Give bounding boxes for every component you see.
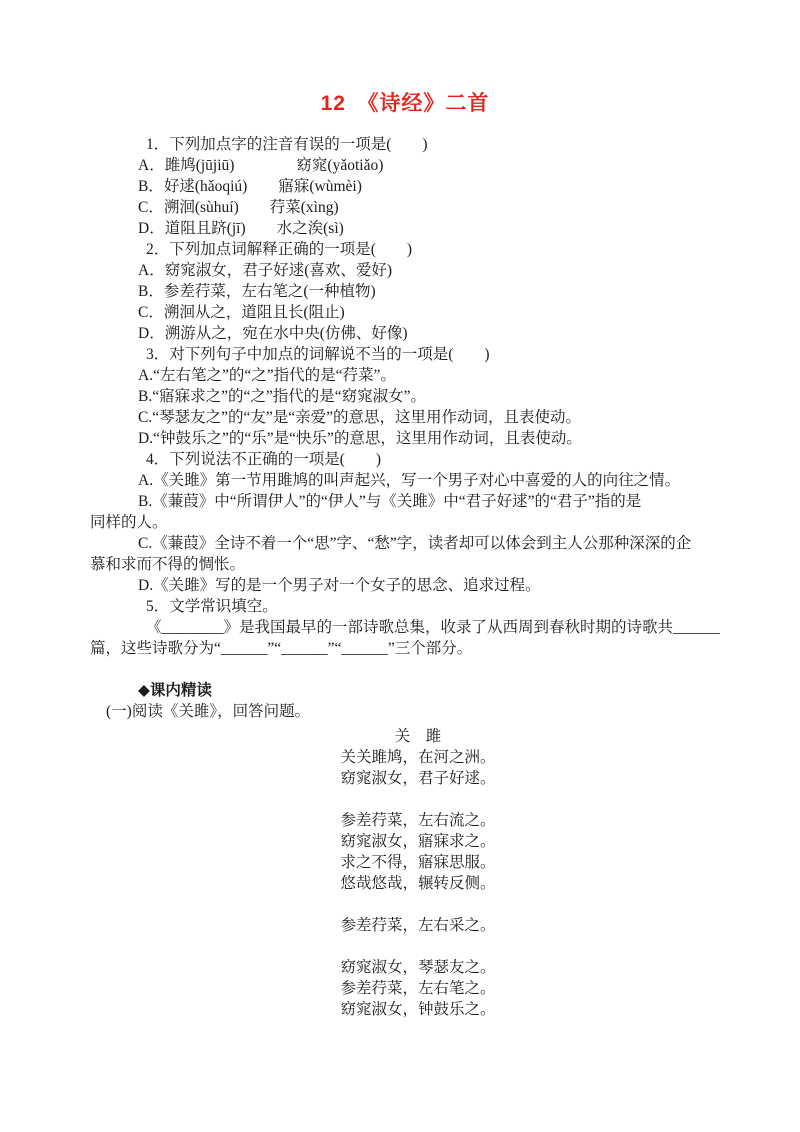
question-4-option-a: A.《关雎》第一节用雎鸠的叫声起兴，写一个男子对心中喜爱的人的向往之情。 <box>90 470 720 491</box>
section-heading: ◆课内精读 <box>90 680 720 701</box>
question-3-option-d: D.“钟鼓乐之”的“乐”是“快乐”的意思，这里用作动词，且表使动。 <box>90 428 720 449</box>
poem-line: 窈窕淑女，寤寐求之。 <box>116 831 720 852</box>
question-4-option-c-line-2: 慕和求而不得的惆怅。 <box>90 554 720 575</box>
reading-intro: (一)阅读《关雎》，回答问题。 <box>90 701 720 722</box>
lesson-title: 12 《诗经》二首 <box>90 92 720 116</box>
question-2-stem: 2．下列加点词解释正确的一项是( ) <box>90 239 720 260</box>
question-3-option-c: C.“琴瑟友之”的“友”是“亲爱”的意思，这里用作动词，且表使动。 <box>90 407 720 428</box>
poem-line: 窈窕淑女，君子好逑。 <box>116 768 720 789</box>
poem-line: 参差荇菜，左右笔之。 <box>116 978 720 999</box>
question-1-option-c: C．溯洄(sùhuí) 荇菜(xìng) <box>90 197 720 218</box>
question-5-stem: 5．文学常识填空。 <box>90 596 720 617</box>
question-4-option-b-line-1: B.《蒹葭》中“所谓伊人”的“伊人”与《关雎》中“君子好逑”的“君子”指的是 <box>90 491 720 512</box>
poem-title: 关 雎 <box>116 726 720 747</box>
poem-stanza-1: 关关雎鸠，在河之洲。 窈窕淑女，君子好逑。 <box>116 747 720 789</box>
poem-line: 悠哉悠哉，辗转反侧。 <box>116 873 720 894</box>
question-2-option-b: B．参差荇菜，左右笔之(一种植物) <box>90 281 720 302</box>
question-2-option-c: C．溯洄从之，道阻且长(阻止) <box>90 302 720 323</box>
poem-stanza-2: 参差荇菜，左右流之。 窈窕淑女，寤寐求之。 求之不得，寤寐思服。 悠哉悠哉，辗转… <box>116 810 720 894</box>
poem-line: 参差荇菜，左右流之。 <box>116 810 720 831</box>
poem-line: 求之不得，寤寐思服。 <box>116 852 720 873</box>
worksheet-page: 12 《诗经》二首 1．下列加点字的注音有误的一项是( ) A．雎鸠(jūjiū… <box>0 0 800 1132</box>
question-3-option-b: B.“寤寐求之”的“之”指代的是“窈窕淑女”。 <box>90 386 720 407</box>
question-5-fill-blank-line-1: 《________》是我国最早的一部诗歌总集，收录了从西周到春秋时期的诗歌共__… <box>90 617 720 638</box>
poem-stanza-3: 参差荇菜，左右采之。 <box>116 915 720 936</box>
poem-line: 关关雎鸠，在河之洲。 <box>116 747 720 768</box>
question-2-option-a: A．窈窕淑女，君子好逑(喜欢、爱好) <box>90 260 720 281</box>
question-4-option-c-line-1: C.《蒹葭》全诗不着一个“思”字、“愁”字，读者却可以体会到主人公那种深深的企 <box>90 533 720 554</box>
question-4-stem: 4．下列说法不正确的一项是( ) <box>90 449 720 470</box>
question-1-option-d: D．道阻且跻(jī) 水之涘(sì) <box>90 218 720 239</box>
question-2-option-d: D．溯游从之，宛在水中央(仿佛、好像) <box>90 323 720 344</box>
diamond-bullet-icon: ◆ <box>138 682 150 699</box>
question-1-option-b: B．好逑(hǎoqiú) 寤寐(wùmèi) <box>90 176 720 197</box>
section-heading-label: 课内精读 <box>150 682 212 699</box>
question-3-stem: 3．对下列句子中加点的词解说不当的一项是( ) <box>90 344 720 365</box>
poem-line: 窈窕淑女，钟鼓乐之。 <box>116 999 720 1020</box>
poem-line: 参差荇菜，左右采之。 <box>116 915 720 936</box>
question-4-option-d: D.《关雎》写的是一个男子对一个女子的思念、追求过程。 <box>90 575 720 596</box>
question-1-stem: 1．下列加点字的注音有误的一项是( ) <box>90 134 720 155</box>
question-4-option-b-line-2: 同样的人。 <box>90 512 720 533</box>
question-3-option-a: A.“左右笔之”的“之”指代的是“荇菜”。 <box>90 365 720 386</box>
question-1-option-a: A．雎鸠(jūjiū) 窈窕(yǎotiǎo) <box>90 155 720 176</box>
poem-guanju: 关 雎 关关雎鸠，在河之洲。 窈窕淑女，君子好逑。 参差荇菜，左右流之。 窈窕淑… <box>90 726 720 1020</box>
question-5-fill-blank-line-2: 篇，这些诗歌分为“______”“______”“______”三个部分。 <box>90 638 720 659</box>
poem-line: 窈窕淑女，琴瑟友之。 <box>116 957 720 978</box>
poem-stanza-4: 窈窕淑女，琴瑟友之。 参差荇菜，左右笔之。 窈窕淑女，钟鼓乐之。 <box>116 957 720 1020</box>
